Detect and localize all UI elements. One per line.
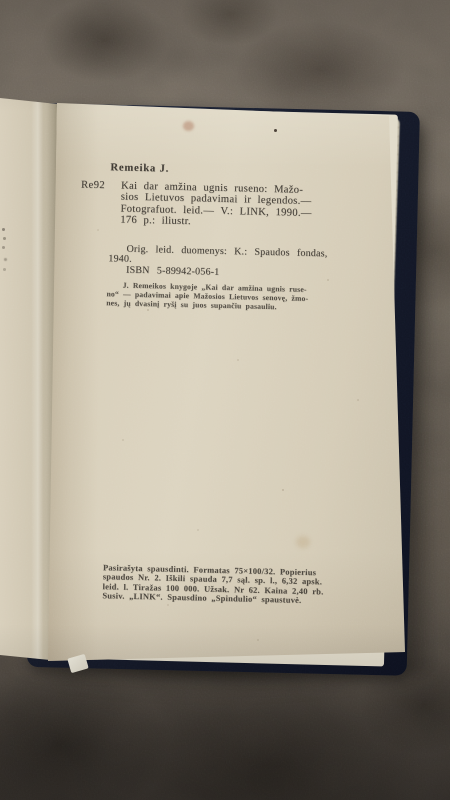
annotation-block: J. Remeikos knygoje „Kai dar amžina ugni… xyxy=(106,281,308,312)
printed-text-layer: Remeika J. Re92 Kai dar amžina ugnis rus… xyxy=(44,103,389,663)
original-edition-block: Orig. leid. duomenys: K.: Spaudos fondas… xyxy=(108,244,328,280)
left-page-ink-marks xyxy=(2,228,5,231)
catalog-lines: Kai dar amžina ugnis ruseno: Mažo- sios … xyxy=(120,181,312,231)
colophon-page: Remeika J. Re92 Kai dar amžina ugnis rus… xyxy=(28,100,412,664)
catalog-code: Re92 xyxy=(81,180,105,192)
imprint-block: Pasirašyta spausdinti. Formatas 75×100/3… xyxy=(102,563,324,605)
photo-scene: Remeika J. Re92 Kai dar amžina ugnis rus… xyxy=(0,0,450,800)
author-heading: Remeika J. xyxy=(110,162,169,174)
